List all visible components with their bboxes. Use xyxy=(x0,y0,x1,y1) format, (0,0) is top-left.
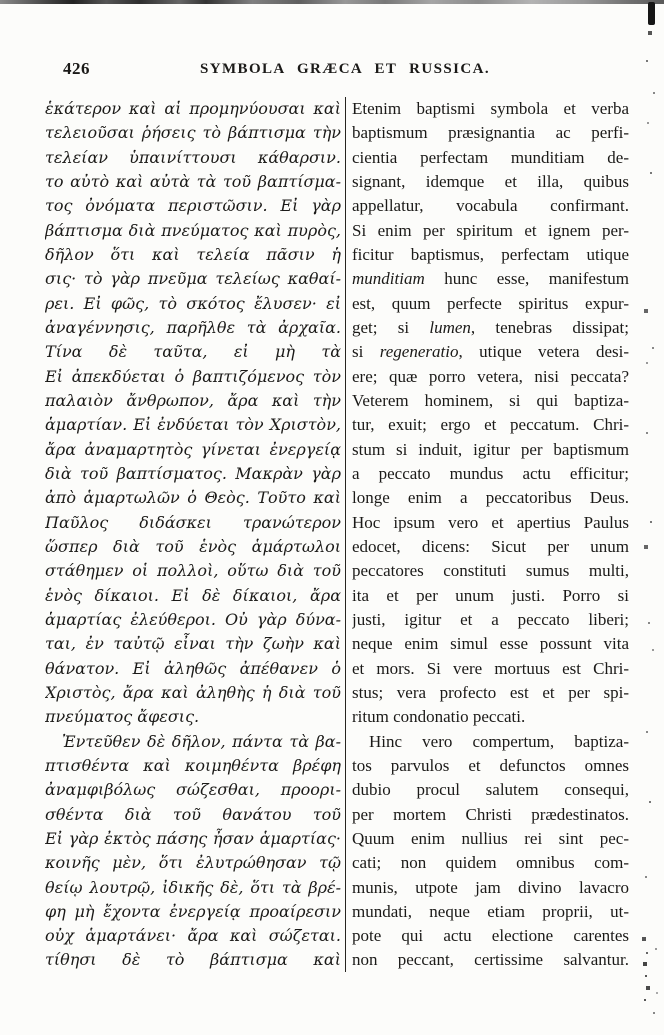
text-segment: a peccato mundus actu efficitur; xyxy=(352,464,629,483)
text-segment: φη μὴ ἔχοντα ἐνεργείᾳ προαίρεσιν xyxy=(45,902,341,921)
text-line: Εἰ γὰρ ἐκτὸς πάσης ἦσαν ἁμαρτίας· xyxy=(45,827,341,851)
text-line: dubio procul salutem consequi, xyxy=(352,778,629,802)
text-line: διὰ τοῦ βαπτίσματος. Μακρὰν γὰρ xyxy=(45,462,341,486)
text-line: ficitur baptismus, perfectam utique xyxy=(352,243,629,267)
text-line: cati; non quidem omnibus com- xyxy=(352,851,629,875)
text-segment: tur, exuit; ergo et peccatum. Chri- xyxy=(352,415,629,434)
text-line: per mortem Christi prædestinatos. xyxy=(352,803,629,827)
text-segment: ἀπὸ ἁμαρτωλῶν ὁ Θεὸς. Τοῦτο καὶ xyxy=(45,488,341,507)
text-segment: τελειοῦσαι ῥήσεις τὸ βάπτισμα τὴν xyxy=(45,123,341,142)
text-line: et mors. Si vere mortuus est Chri- xyxy=(352,657,629,681)
text-line: Etenim baptismi symbola et verba xyxy=(352,97,629,121)
text-line: Χριστὸς, ἄρα καὶ ἀληθὴς ἡ διὰ τοῦ xyxy=(45,681,341,705)
text-segment: ἄρα ἀναμαρτητὸς γίνεται ἐνεργείᾳ xyxy=(45,440,341,459)
text-line: appellatur, vocabula confirmant. xyxy=(352,194,629,218)
text-segment: est, quum perfecte spiritus expur- xyxy=(352,294,629,313)
text-line: οὐχ ἁμαρτάνει· ἄρα καὶ σώζεται. Ἐν- xyxy=(45,924,341,948)
text-line: tos parvulos et defunctos omnes xyxy=(352,754,629,778)
text-segment: ἀναμφιβόλως σώζεσθαι, προορι- xyxy=(45,780,341,799)
text-line: στάθημεν οἱ πολλοὶ, οὕτω διὰ τοῦ xyxy=(45,559,341,583)
text-segment: , tenebras dissipat; xyxy=(471,318,629,337)
text-line: peccatores constituti sumus multi, xyxy=(352,559,629,583)
text-line: pote qui actu electione carentes xyxy=(352,924,629,948)
text-line: ἑκάτερον καὶ αἱ προμηνύουσαι καὶ xyxy=(45,97,341,121)
text-line: ἁμαρτίας ἐλεύθεροι. Οὐ γὰρ δύνα- xyxy=(45,608,341,632)
page-header: 426 SYMBOLA GRÆCA ET RUSSICA. xyxy=(0,59,664,83)
text-segment: θείῳ λουτρῷ, ἰδικῆς δὲ, ὅτι τὰ βρέ- xyxy=(45,878,341,897)
text-segment: Hoc ipsum vero et apertius Paulus xyxy=(352,513,629,532)
text-line: baptismum præsignantia ac perfi- xyxy=(352,121,629,145)
text-line: Quum enim nullius rei sint pec- xyxy=(352,827,629,851)
text-line: tur, exuit; ergo et peccatum. Chri- xyxy=(352,413,629,437)
text-segment: neque enim simul esse possunt vita xyxy=(352,634,629,653)
text-line: Veterem hominem, si qui baptiza- xyxy=(352,389,629,413)
text-line: Hinc vero compertum, baptiza- xyxy=(352,730,629,754)
text-line: mundati, neque etiam proprii, ut- xyxy=(352,900,629,924)
book-page: 426 SYMBOLA GRÆCA ET RUSSICA. ἑκάτερον κ… xyxy=(0,0,664,1035)
text-line: Εἰ ἀπεκδύεται ὁ βαπτιζόμενος τὸν xyxy=(45,365,341,389)
text-line: neque enim simul esse possunt vita xyxy=(352,632,629,656)
text-segment: Εἰ γὰρ ἐκτὸς πάσης ἦσαν ἁμαρτίας· xyxy=(45,829,341,848)
text-segment: ται, ἐν ταὐτῷ εἶναι τὴν ζωὴν καὶ τὸν xyxy=(45,634,341,656)
text-segment: get; si xyxy=(352,318,429,337)
text-line: Si enim per spiritum et ignem per- xyxy=(352,219,629,243)
text-segment: στάθημεν οἱ πολλοὶ, οὕτω διὰ τοῦ xyxy=(45,561,341,580)
text-line: si regeneratio, utique vetera desi- xyxy=(352,340,629,364)
text-segment: mundati, neque etiam proprii, ut- xyxy=(352,902,629,921)
text-segment: tos parvulos et defunctos omnes xyxy=(352,756,629,775)
text-segment: πτισθέντα καὶ κοιμηθέντα βρέφη xyxy=(45,756,341,775)
text-segment: κοινῆς μὲν, ὅτι ἐλυτρώθησαν τῷ xyxy=(45,853,341,872)
text-segment: ἑνὸς δίκαιοι. Εἰ δὲ δίκαιοι, ἄρα xyxy=(45,586,341,605)
text-segment: το αὐτὸ καὶ αὐτὰ τὰ τοῦ βαπτίσμα- xyxy=(45,172,341,191)
text-segment: Χριστὸς, ἄρα καὶ ἀληθὴς ἡ διὰ τοῦ xyxy=(45,683,341,702)
text-line: stus; vera profecto est et per spi- xyxy=(352,681,629,705)
greek-text-column: ἑκάτερον καὶ αἱ προμηνύουσαι καὶτελειοῦσ… xyxy=(45,97,341,973)
text-segment: dubio procul salutem consequi, xyxy=(352,780,629,799)
text-line: edocet, dicens: Sicut per unum xyxy=(352,535,629,559)
text-line: παλαιὸν ἄνθρωπον, ἄρα καὶ τὴν xyxy=(45,389,341,413)
text-segment: munis, utpote jam divino lavacro xyxy=(352,878,629,897)
text-segment: βάπτισμα διὰ πνεύματος καὶ πυρὸς, xyxy=(45,221,341,240)
text-segment: παλαιὸν ἄνθρωπον, ἄρα καὶ τὴν xyxy=(45,391,341,410)
text-line: σις· τὸ γὰρ πνεῦμα τελείως καθαί- xyxy=(45,267,341,291)
text-line: ere; quæ porro vetera, nisi peccata? xyxy=(352,365,629,389)
italic-term: munditiam xyxy=(352,269,425,288)
text-line: ἄρα ἀναμαρτητὸς γίνεται ἐνεργείᾳ xyxy=(45,438,341,462)
text-segment: Hinc vero compertum, baptiza- xyxy=(369,732,629,751)
text-segment: διὰ τοῦ βαπτίσματος. Μακρὰν γὰρ xyxy=(45,464,341,483)
text-segment: ἁμαρτίας ἐλεύθεροι. Οὐ γὰρ δύνα- xyxy=(45,610,341,629)
text-segment: σις· τὸ γὰρ πνεῦμα τελείως καθαί- xyxy=(45,269,341,288)
text-segment: ficitur baptismus, perfectam utique xyxy=(352,245,629,264)
text-line: φη μὴ ἔχοντα ἐνεργείᾳ προαίρεσιν xyxy=(45,900,341,924)
text-segment: Etenim baptismi symbola et verba xyxy=(352,99,629,118)
text-segment: stum si induit, igitur per baptismum xyxy=(352,440,629,459)
text-segment: signant, idemque et illa, quibus xyxy=(352,172,629,191)
text-segment: baptismum præsignantia ac perfi- xyxy=(352,123,629,142)
text-segment: ere; quæ porro vetera, nisi peccata? xyxy=(352,367,629,386)
text-segment: peccatores constituti sumus multi, xyxy=(352,561,629,580)
text-line: ἑνὸς δίκαιοι. Εἰ δὲ δίκαιοι, ἄρα xyxy=(45,584,341,608)
text-line: το αὐτὸ καὶ αὐτὰ τὰ τοῦ βαπτίσμα- xyxy=(45,170,341,194)
text-line: πτισθέντα καὶ κοιμηθέντα βρέφη xyxy=(45,754,341,778)
text-segment: Quum enim nullius rei sint pec- xyxy=(352,829,629,848)
text-line: ἀπὸ ἁμαρτωλῶν ὁ Θεὸς. Τοῦτο καὶ xyxy=(45,486,341,510)
text-line: get; si lumen, tenebras dissipat; xyxy=(352,316,629,340)
text-segment: cientia perfectam munditiam de- xyxy=(352,148,629,167)
text-line: Παῦλος διδάσκει τρανώτερον λέγων· xyxy=(45,511,341,535)
text-segment: appellatur, vocabula confirmant. xyxy=(352,196,629,215)
text-line: longe enim a peccatoribus Deus. xyxy=(352,486,629,510)
text-line: τίθησι δὲ τὸ βάπτισμα καὶ χαρακτῆρα xyxy=(45,948,341,972)
text-segment: stus; vera profecto est et per spi- xyxy=(352,683,629,702)
text-segment: οὐχ ἁμαρτάνει· ἄρα καὶ σώζεται. Ἐν- xyxy=(45,926,341,948)
text-line: Ἐντεῦθεν δὲ δῆλον, πάντα τὰ βα- xyxy=(45,730,341,754)
text-line: cientia perfectam munditiam de- xyxy=(352,146,629,170)
text-line: ὥσπερ διὰ τοῦ ἑνὸς ἁμάρτωλοι κατε- xyxy=(45,535,341,559)
text-segment: pote qui actu electione carentes xyxy=(352,926,629,945)
text-line: ρει. Εἰ φῶς, τὸ σκότος ἔλυσεν· εἰ xyxy=(45,292,341,316)
text-segment: et mors. Si vere mortuus est Chri- xyxy=(352,659,629,678)
text-segment: non peccant, certissime salvantur. xyxy=(352,950,629,969)
text-segment: θάνατον. Εἰ ἀληθῶς ἀπέθανεν ὁ xyxy=(45,659,341,678)
text-line: non peccant, certissime salvantur. xyxy=(352,948,629,972)
text-line: stum si induit, igitur per baptismum xyxy=(352,438,629,462)
text-line: ita et per unum justi. Porro si xyxy=(352,584,629,608)
text-segment: τίθησι δὲ τὸ βάπτισμα καὶ χαρακτῆρα xyxy=(45,950,341,972)
latin-text-column: Etenim baptismi symbola et verbabaptismu… xyxy=(352,97,629,973)
italic-term: lumen xyxy=(429,318,471,337)
text-line: σθέντα διὰ τοῦ θανάτου τοῦ Χριστοῦ. xyxy=(45,803,341,827)
text-line: ἀναμφιβόλως σώζεσθαι, προορι- xyxy=(45,778,341,802)
text-segment: si xyxy=(352,342,380,361)
column-divider-rule xyxy=(345,97,346,972)
text-line: est, quum perfecte spiritus expur- xyxy=(352,292,629,316)
text-line: βάπτισμα διὰ πνεύματος καὶ πυρὸς, xyxy=(45,219,341,243)
scan-noise-specks xyxy=(0,0,2,2)
text-line: justi, igitur et a peccato liberi; xyxy=(352,608,629,632)
text-segment: ἑκάτερον καὶ αἱ προμηνύουσαι καὶ xyxy=(45,99,341,118)
text-line: ἀναγέννησις, παρῆλθε τὰ ἀρχαῖα. xyxy=(45,316,341,340)
text-segment: σθέντα διὰ τοῦ θανάτου τοῦ Χριστοῦ. xyxy=(45,805,341,827)
text-segment: πνεύματος ἄφεσις. xyxy=(45,707,199,726)
text-segment: ὥσπερ διὰ τοῦ ἑνὸς ἁμάρτωλοι κατε- xyxy=(45,537,341,559)
text-line: τελειοῦσαι ῥήσεις τὸ βάπτισμα τὴν xyxy=(45,121,341,145)
text-line: Τίνα δὲ ταῦτα, εἰ μὴ τὰ ἁμαρτήματα; xyxy=(45,340,341,364)
text-segment: per mortem Christi prædestinatos. xyxy=(352,805,629,824)
text-segment: Τίνα δὲ ταῦτα, εἰ μὴ τὰ ἁμαρτήματα; xyxy=(45,342,341,364)
text-segment: hunc esse, manifestum xyxy=(425,269,629,288)
text-line: τος ὀνόματα περιστῶσιν. Εἰ γὰρ xyxy=(45,194,341,218)
italic-term: regeneratio xyxy=(380,342,459,361)
text-segment: ἀναγέννησις, παρῆλθε τὰ ἀρχαῖα. xyxy=(45,318,341,337)
text-segment: Εἰ ἀπεκδύεται ὁ βαπτιζόμενος τὸν xyxy=(45,367,341,386)
text-segment: , utique vetera desi- xyxy=(458,342,629,361)
text-line: κοινῆς μὲν, ὅτι ἐλυτρώθησαν τῷ xyxy=(45,851,341,875)
text-segment: τος ὀνόματα περιστῶσιν. Εἰ γὰρ xyxy=(45,196,341,215)
text-segment: τελείαν ὑπαινίττουσι κάθαρσιν. Τοῦ- xyxy=(45,148,341,170)
text-segment: ritum condonatio peccati. xyxy=(352,707,525,726)
text-line: Hoc ipsum vero et apertius Paulus xyxy=(352,511,629,535)
text-segment: longe enim a peccatoribus Deus. xyxy=(352,488,629,507)
text-segment: ita et per unum justi. Porro si xyxy=(352,586,629,605)
text-segment: Si enim per spiritum et ignem per- xyxy=(352,221,629,240)
text-line: munis, utpote jam divino lavacro xyxy=(352,876,629,900)
scan-edge-artifact xyxy=(0,0,664,4)
text-line: munditiam hunc esse, manifestum xyxy=(352,267,629,291)
text-segment: Ἐντεῦθεν δὲ δῆλον, πάντα τὰ βα- xyxy=(62,732,341,751)
text-line: τελείαν ὑπαινίττουσι κάθαρσιν. Τοῦ- xyxy=(45,146,341,170)
text-segment: ἁμαρτίαν. Εἰ ἐνδύεται τὸν Χριστὸν, xyxy=(45,415,341,434)
text-line: θάνατον. Εἰ ἀληθῶς ἀπέθανεν ὁ xyxy=(45,657,341,681)
text-line: a peccato mundus actu efficitur; xyxy=(352,462,629,486)
text-line: ται, ἐν ταὐτῷ εἶναι τὴν ζωὴν καὶ τὸν xyxy=(45,632,341,656)
text-segment: cati; non quidem omnibus com- xyxy=(352,853,629,872)
scan-blob-artifact xyxy=(648,2,655,25)
text-line: ἁμαρτίαν. Εἰ ἐνδύεται τὸν Χριστὸν, xyxy=(45,413,341,437)
text-segment: δῆλον ὅτι καὶ τελεία πᾶσιν ἡ κάθαρ- xyxy=(45,245,341,267)
text-line: ritum condonatio peccati. xyxy=(352,705,629,729)
text-line: δῆλον ὅτι καὶ τελεία πᾶσιν ἡ κάθαρ- xyxy=(45,243,341,267)
text-segment: Παῦλος διδάσκει τρανώτερον λέγων· xyxy=(45,513,341,535)
text-segment: edocet, dicens: Sicut per unum xyxy=(352,537,629,556)
text-segment: ρει. Εἰ φῶς, τὸ σκότος ἔλυσεν· εἰ xyxy=(45,294,341,313)
text-line: πνεύματος ἄφεσις. xyxy=(45,705,341,729)
page-number: 426 xyxy=(63,59,90,79)
running-title: SYMBOLA GRÆCA ET RUSSICA. xyxy=(200,61,490,78)
text-segment: Veterem hominem, si qui baptiza- xyxy=(352,391,629,410)
text-line: θείῳ λουτρῷ, ἰδικῆς δὲ, ὅτι τὰ βρέ- xyxy=(45,876,341,900)
text-line: signant, idemque et illa, quibus xyxy=(352,170,629,194)
text-segment: justi, igitur et a peccato liberi; xyxy=(352,610,629,629)
